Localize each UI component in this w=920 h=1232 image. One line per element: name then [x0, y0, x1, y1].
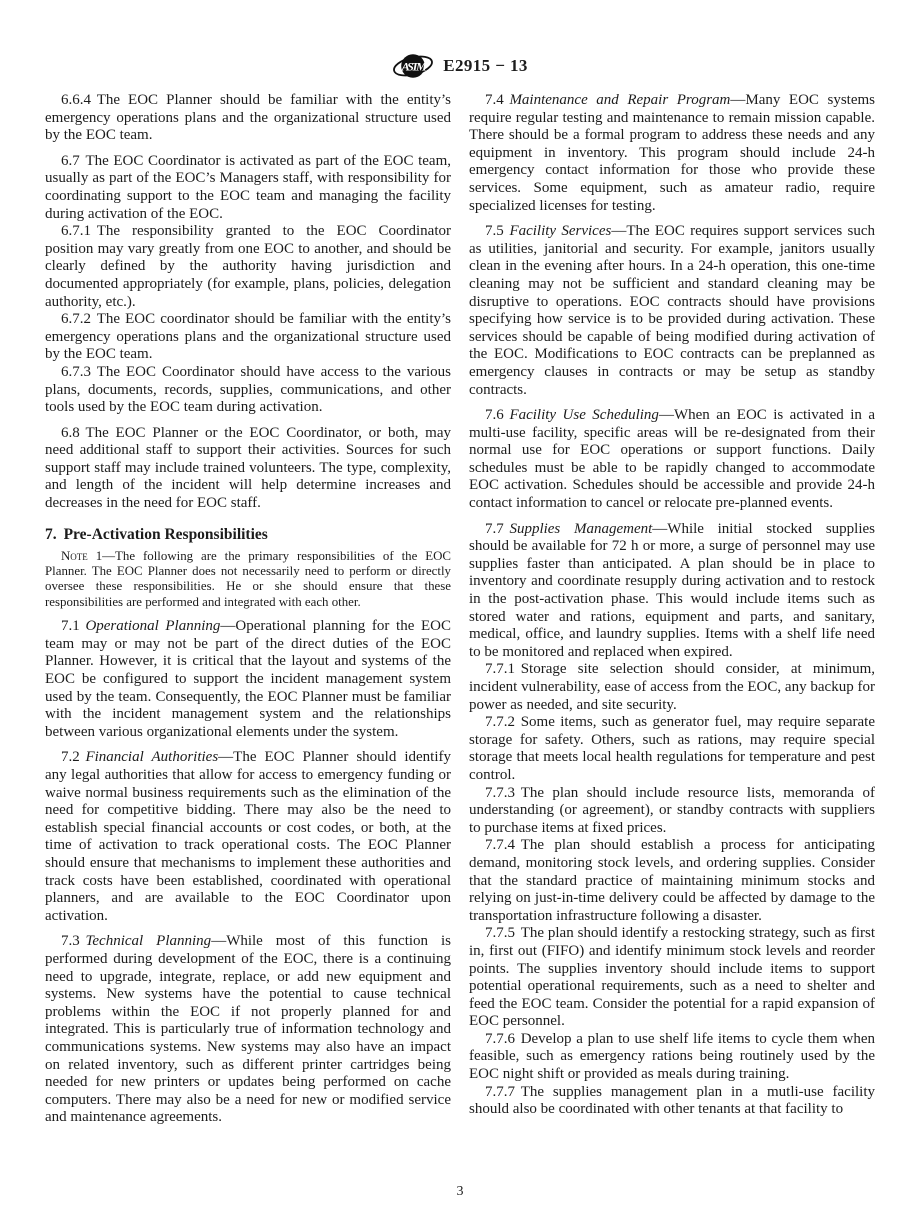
- paragraph-6-7-1: 6.7.1The responsibility granted to the E…: [45, 223, 451, 311]
- document-code: E2915 − 13: [443, 56, 528, 76]
- clause-number: 6.8: [61, 425, 85, 441]
- clause-number: 7.7.7: [485, 1084, 521, 1100]
- clause-number: 7.1: [61, 618, 85, 634]
- note-text: —The following are the primary responsib…: [45, 549, 451, 609]
- clause-number: 7.2: [61, 749, 85, 765]
- paragraph-6-7-2: 6.7.2The EOC coordinator should be famil…: [45, 311, 451, 364]
- paragraph-7-7-2: 7.7.2Some items, such as generator fuel,…: [469, 714, 875, 784]
- paragraph-7-7-3: 7.7.3The plan should include resource li…: [469, 785, 875, 838]
- clause-title: Facility Use Scheduling: [509, 407, 659, 423]
- page-number: 3: [0, 1184, 920, 1200]
- left-column: 6.6.4The EOC Planner should be familiar …: [45, 92, 451, 1127]
- paragraph-7-7: 7.7Supplies Management—While initial sto…: [469, 521, 875, 662]
- section-number: 7.: [45, 526, 64, 543]
- clause-text: Storage site selection should consider, …: [469, 661, 875, 712]
- right-column: 7.4Maintenance and Repair Program—Many E…: [469, 92, 875, 1127]
- clause-number: 7.7.4: [485, 837, 521, 853]
- clause-number: 7.3: [61, 933, 85, 949]
- paragraph-7-7-5: 7.7.5The plan should identify a restocki…: [469, 925, 875, 1031]
- clause-number: 7.7: [485, 521, 509, 537]
- paragraph-7-7-7: 7.7.7The supplies management plan in a m…: [469, 1084, 875, 1119]
- clause-number: 6.7: [61, 153, 85, 169]
- clause-text: The supplies management plan in a mutli-…: [469, 1084, 875, 1118]
- clause-text: —The EOC requires support services such …: [469, 223, 875, 397]
- clause-title: Operational Planning: [85, 618, 220, 634]
- paragraph-7-3: 7.3Technical Planning—While most of this…: [45, 933, 451, 1127]
- clause-title: Facility Services: [509, 223, 611, 239]
- astm-logo: ASTM: [392, 51, 434, 81]
- clause-text: Develop a plan to use shelf life items t…: [469, 1031, 875, 1082]
- clause-number: 7.5: [485, 223, 509, 239]
- svg-text:ASTM: ASTM: [401, 60, 428, 74]
- paragraph-7-2: 7.2Financial Authorities—The EOC Planner…: [45, 749, 451, 925]
- clause-title: Financial Authorities: [85, 749, 218, 765]
- clause-number: 6.7.2: [61, 311, 97, 327]
- paragraph-7-4: 7.4Maintenance and Repair Program—Many E…: [469, 92, 875, 215]
- clause-text: —Operational planning for the EOC team m…: [45, 618, 451, 740]
- clause-text: —While most of this function is performe…: [45, 933, 451, 1125]
- clause-text: Some items, such as generator fuel, may …: [469, 714, 875, 783]
- paragraph-7-7-6: 7.7.6Develop a plan to use shelf life it…: [469, 1031, 875, 1084]
- clause-number: 6.7.3: [61, 364, 97, 380]
- clause-text: The plan should identify a restocking st…: [469, 925, 875, 1029]
- paragraph-7-6: 7.6Facility Use Scheduling—When an EOC i…: [469, 407, 875, 513]
- paragraph-7-1: 7.1Operational Planning—Operational plan…: [45, 618, 451, 741]
- clause-number: 7.4: [485, 92, 509, 108]
- clause-text: —While initial stocked supplies should b…: [469, 521, 875, 660]
- clause-text: The EOC Coordinator is activated as part…: [45, 153, 451, 222]
- clause-title: Technical Planning: [85, 933, 211, 949]
- document-header: ASTM E2915 − 13: [45, 50, 875, 82]
- section-title: Pre-Activation Responsibilities: [64, 526, 268, 543]
- clause-number: 7.7.2: [485, 714, 521, 730]
- clause-number: 7.6: [485, 407, 509, 423]
- note-1: Note 1—The following are the primary res…: [45, 549, 451, 611]
- clause-number: 7.7.6: [485, 1031, 521, 1047]
- clause-text: The EOC Planner should be familiar with …: [45, 92, 451, 143]
- paragraph-7-7-4: 7.7.4The plan should establish a process…: [469, 837, 875, 925]
- clause-number: 7.7.1: [485, 661, 521, 677]
- paragraph-6-6-4: 6.6.4The EOC Planner should be familiar …: [45, 92, 451, 145]
- clause-text: The EOC Coordinator should have access t…: [45, 364, 451, 415]
- clause-text: —Many EOC systems require regular testin…: [469, 92, 875, 214]
- two-column-body: 6.6.4The EOC Planner should be familiar …: [45, 92, 875, 1127]
- paragraph-7-5: 7.5Facility Services—The EOC requires su…: [469, 223, 875, 399]
- clause-number: 6.6.4: [61, 92, 97, 108]
- clause-text: The EOC Planner or the EOC Coordinator, …: [45, 425, 451, 511]
- clause-text: The plan should establish a process for …: [469, 837, 875, 923]
- paragraph-6-7-3: 6.7.3The EOC Coordinator should have acc…: [45, 364, 451, 417]
- clause-text: The plan should include resource lists, …: [469, 785, 875, 836]
- clause-number: 7.7.3: [485, 785, 521, 801]
- clause-title: Supplies Management: [509, 521, 652, 537]
- clause-number: 7.7.5: [485, 925, 521, 941]
- clause-text: The responsibility granted to the EOC Co…: [45, 223, 451, 309]
- clause-number: 6.7.1: [61, 223, 97, 239]
- clause-title: Maintenance and Repair Program: [509, 92, 730, 108]
- paragraph-6-8: 6.8The EOC Planner or the EOC Coordinato…: [45, 425, 451, 513]
- clause-text: The EOC coordinator should be familiar w…: [45, 311, 451, 362]
- note-label: Note 1: [61, 549, 102, 563]
- paragraph-6-7: 6.7The EOC Coordinator is activated as p…: [45, 153, 451, 223]
- document-page: ASTM E2915 − 13 6.6.4The EOC Planner sho…: [0, 0, 920, 1232]
- clause-text: —The EOC Planner should identify any leg…: [45, 749, 451, 923]
- paragraph-7-7-1: 7.7.1Storage site selection should consi…: [469, 661, 875, 714]
- section-heading-7: 7.Pre-Activation Responsibilities: [45, 526, 451, 544]
